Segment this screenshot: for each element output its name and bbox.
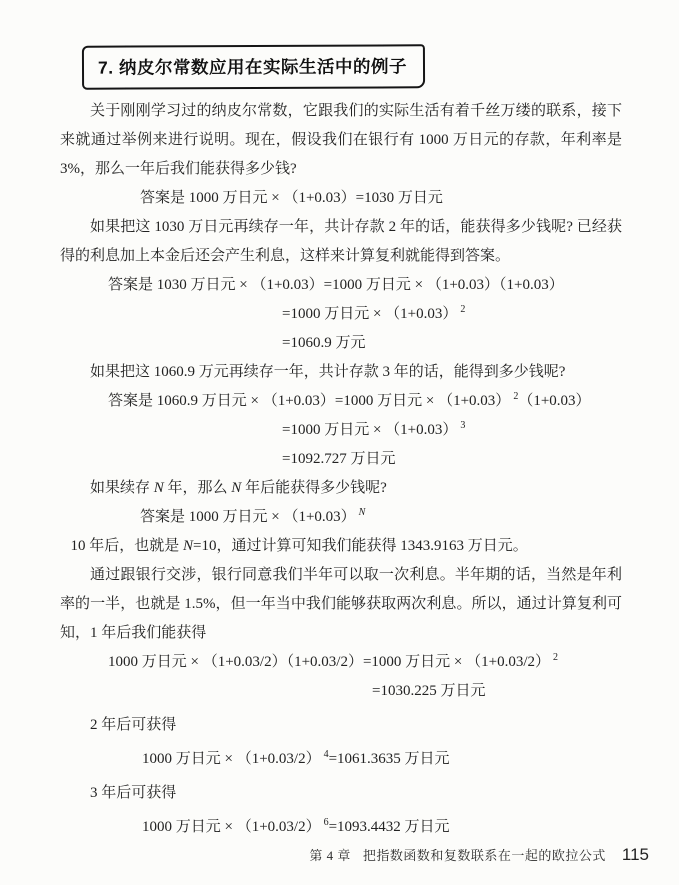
text-segment: =10，通过计算可知我们能获得 1343.9163 万日元。	[193, 538, 528, 554]
paragraph: 如果把这 1060.9 万元再续存一年，共计存款 3 年的话，能得到多少钱呢?	[60, 358, 622, 387]
text-segment: N	[154, 480, 164, 496]
book-page: 7. 纳皮尔常数应用在实际生活中的例子 关于刚刚学习过的纳皮尔常数，它跟我们的实…	[0, 0, 679, 885]
section-title-box: 7. 纳皮尔常数应用在实际生活中的例子	[82, 44, 425, 89]
text-segment: =1000 万日元 × （1+0.03）	[282, 306, 457, 322]
text-segment: 答案是 1000 万日元 × （1+0.03）=1030 万日元	[140, 190, 443, 206]
formula-line: 答案是 1000 万日元 × （1+0.03）=1030 万日元	[140, 184, 622, 213]
text-segment: 1000 万日元 × （1+0.03/2）	[142, 751, 321, 767]
exponent: 2	[553, 652, 558, 663]
text-segment: 如果续存	[90, 480, 154, 496]
formula-line: 1000 万日元 × （1+0.03/2）6=1093.4432 万日元	[142, 813, 622, 842]
formula-line: 答案是 1030 万日元 × （1+0.03）=1000 万日元 × （1+0.…	[108, 271, 622, 300]
text-segment: （1+0.03）	[518, 393, 590, 409]
exponent: 2	[460, 304, 465, 315]
section-title: 7. 纳皮尔常数应用在实际生活中的例子	[98, 56, 407, 77]
label-line: 3 年后可获得	[60, 779, 622, 808]
text-segment: =1000 万日元 × （1+0.03）	[282, 422, 457, 438]
formula-line: 1000 万日元 × （1+0.03/2）（1+0.03/2）=1000 万日元…	[108, 648, 622, 677]
text-segment: 10 年后，也就是	[71, 538, 184, 554]
text-segment: 关于刚刚学习过的纳皮尔常数，它跟我们的实际生活有着千丝万缕的联系，接下来就通过举…	[60, 103, 622, 177]
text-segment: 答案是 1000 万日元 × （1+0.03）	[140, 509, 356, 525]
text-segment: 年，那么	[164, 480, 232, 496]
text-segment: N	[183, 538, 193, 554]
text-segment: N	[231, 480, 241, 496]
paragraph: 如果续存 N 年，那么 N 年后能获得多少钱呢?	[60, 474, 622, 503]
text-segment: 通过跟银行交涉，银行同意我们半年可以取一次利息。半年期的话，当然是年利率的一半，…	[60, 567, 622, 641]
formula-line: 答案是 1060.9 万日元 × （1+0.03）=1000 万日元 × （1+…	[108, 387, 622, 416]
paragraph: 通过跟银行交涉，银行同意我们半年可以取一次利息。半年期的话，当然是年利率的一半，…	[60, 561, 622, 648]
text-segment: =1061.3635 万日元	[329, 751, 450, 767]
paragraph: 关于刚刚学习过的纳皮尔常数，它跟我们的实际生活有着千丝万缕的联系，接下来就通过举…	[60, 97, 622, 184]
text-segment: 如果把这 1030 万日元再续存一年，共计存款 2 年的话，能获得多少钱呢? 已…	[60, 219, 622, 264]
text-segment: 3 年后可获得	[90, 785, 176, 801]
text-segment: =1092.727 万日元	[282, 451, 395, 467]
text-segment: 年后能获得多少钱呢?	[241, 480, 386, 496]
formula-line: 答案是 1000 万日元 × （1+0.03）N	[140, 503, 622, 532]
footer-page-number: 115	[622, 845, 649, 865]
formula-line: =1030.225 万日元	[372, 677, 622, 706]
paragraph: 如果把这 1030 万日元再续存一年，共计存款 2 年的话，能获得多少钱呢? 已…	[60, 213, 622, 271]
text-segment: 2 年后可获得	[90, 717, 176, 733]
formula-line: =1092.727 万日元	[282, 445, 622, 474]
footer-chapter-number: 第 4 章	[309, 845, 351, 864]
page-footer: 第 4 章 把指数函数和复数联系在一起的欧拉公式 115	[309, 845, 649, 865]
text-segment: 如果把这 1060.9 万元再续存一年，共计存款 3 年的话，能得到多少钱呢?	[90, 364, 565, 380]
text-segment: =1060.9 万元	[282, 335, 365, 351]
formula-line: 1000 万日元 × （1+0.03/2）4=1061.3635 万日元	[142, 745, 622, 774]
label-line: 2 年后可获得	[60, 711, 622, 740]
page-content: 关于刚刚学习过的纳皮尔常数，它跟我们的实际生活有着千丝万缕的联系，接下来就通过举…	[60, 97, 622, 842]
formula-line: =1000 万日元 × （1+0.03）3	[282, 416, 622, 445]
text-segment: 答案是 1030 万日元 × （1+0.03）=1000 万日元 × （1+0.…	[108, 277, 564, 293]
paragraph: 10 年后，也就是 N=10，通过计算可知我们能获得 1343.9163 万日元…	[60, 532, 622, 561]
text-segment: 1000 万日元 × （1+0.03/2）	[142, 819, 321, 835]
formula-line: =1000 万日元 × （1+0.03）2	[282, 300, 622, 329]
text-segment: =1093.4432 万日元	[329, 819, 450, 835]
exponent: 3	[460, 420, 465, 431]
formula-line: =1060.9 万元	[282, 329, 622, 358]
footer-chapter-title: 把指数函数和复数联系在一起的欧拉公式	[363, 845, 606, 864]
text-segment: 1000 万日元 × （1+0.03/2）（1+0.03/2）=1000 万日元…	[108, 654, 550, 670]
text-segment: =1030.225 万日元	[372, 683, 485, 699]
text-segment: 答案是 1060.9 万日元 × （1+0.03）=1000 万日元 × （1+…	[108, 393, 510, 409]
exponent: N	[359, 507, 366, 518]
